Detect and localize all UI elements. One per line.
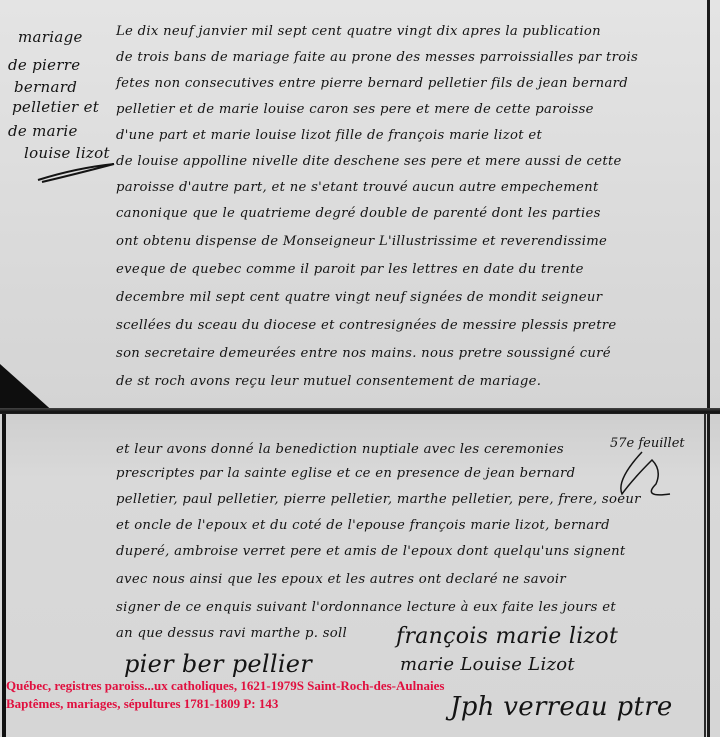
record-line: eveque de quebec comme il paroit par les… xyxy=(116,262,584,277)
record-line: fetes non consecutives entre pierre bern… xyxy=(116,76,628,91)
page-border xyxy=(707,0,710,414)
margin-note-line: de pierre xyxy=(8,56,80,74)
signature-priest-verreau: Jph verreau ptre xyxy=(450,692,673,722)
record-line: et oncle de l'epoux et du coté de l'epou… xyxy=(116,518,610,533)
record-line: prescriptes par la sainte eglise et ce e… xyxy=(116,466,575,481)
record-line: avec nous ainsi que les epoux et les aut… xyxy=(116,572,566,587)
signature-marie-louise-lizot: marie Louise Lizot xyxy=(400,654,575,675)
record-line: an que dessus ravi marthe p. soll xyxy=(116,626,347,641)
page-border-right xyxy=(707,414,710,737)
record-line: duperé, ambroise verret pere et amis de … xyxy=(116,544,626,559)
record-line: et leur avons donné la benediction nupti… xyxy=(116,442,564,457)
record-line: de louise appolline nivelle dite deschen… xyxy=(116,154,622,169)
record-line: de trois bans de mariage faite au prone … xyxy=(116,50,638,65)
record-line: son secretaire demeurées entre nos mains… xyxy=(116,346,611,361)
scan-corner-shadow xyxy=(0,364,56,414)
source-caption-line1: Québec, registres paroiss...ux catholiqu… xyxy=(6,678,444,694)
margin-note-line: mariage xyxy=(18,28,83,46)
signature-francois-marie-lizot: françois marie lizot xyxy=(396,624,618,649)
record-line: paroisse d'autre part, et ne s'etant tro… xyxy=(116,180,599,195)
record-line: de st roch avons reçu leur mutuel consen… xyxy=(116,374,541,389)
page-border-right-inner xyxy=(704,414,706,737)
margin-flourish-icon xyxy=(36,160,116,184)
register-scan-bottom: 57e feuillet et leur avons donné la bene… xyxy=(0,414,720,737)
register-scan-top: mariage de pierre bernard pelletier et d… xyxy=(0,0,720,414)
record-line: Le dix neuf janvier mil sept cent quatre… xyxy=(116,24,601,39)
record-line: d'une part et marie louise lizot fille d… xyxy=(116,128,542,143)
margin-note-line: pelletier et xyxy=(12,98,99,116)
record-line: signer de ce enquis suivant l'ordonnance… xyxy=(116,600,616,615)
margin-note-line: bernard xyxy=(14,78,77,96)
margin-note-line: de marie xyxy=(8,122,78,140)
folio-number: 57e feuillet xyxy=(610,436,685,451)
record-line: canonique que le quatrieme degré double … xyxy=(116,206,601,221)
source-caption-line2: Baptêmes, mariages, sépultures 1781-1809… xyxy=(6,696,278,712)
record-line: scellées du sceau du diocese et contresi… xyxy=(116,318,617,333)
record-line: ont obtenu dispense de Monseigneur L'ill… xyxy=(116,234,607,249)
record-line: pelletier et de marie louise caron ses p… xyxy=(116,102,594,117)
record-line: decembre mil sept cent quatre vingt neuf… xyxy=(116,290,602,305)
signature-pierre-bernard-pelletier: pier ber pellier xyxy=(124,650,312,678)
record-line: pelletier, paul pelletier, pierre pellet… xyxy=(116,492,641,507)
